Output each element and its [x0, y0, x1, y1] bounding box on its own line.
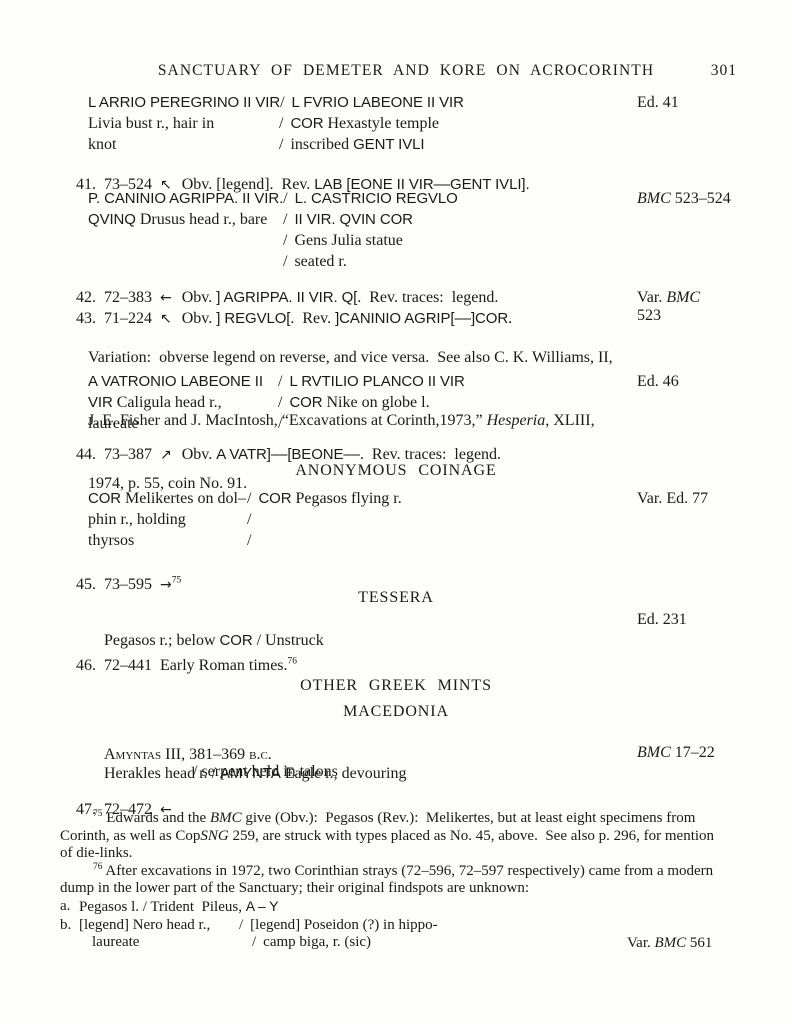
reverse-legend: II VIR. QVIN COR — [294, 211, 412, 228]
reference-numbers: 17–22 — [671, 744, 715, 761]
reverse-legend: COR — [289, 394, 322, 411]
obverse-cell — [88, 230, 283, 251]
footnote-text: After excavations in 1972, two Corinthia… — [103, 863, 714, 879]
item-label: b. — [60, 917, 79, 935]
obverse-cell: COR Melikertes on dol– — [88, 488, 247, 509]
description-line: /Gens Julia statue — [88, 230, 458, 251]
footnote-text: give (Obv.): Pegasos (Rev.): Melikertes,… — [242, 810, 696, 826]
book-page: SANCTUARY OF DEMETER AND KORE ON ACROCOR… — [0, 0, 792, 1024]
reverse-cell: COR Pegasos flying r. — [258, 488, 401, 509]
reverse-cell: COR Hexastyle temple — [290, 113, 439, 134]
reference-prefix: Var. — [627, 935, 655, 951]
slash-separator: / — [247, 509, 251, 530]
reference-ed-46: Ed. 46 — [637, 371, 679, 392]
reverse-cell: inscribed GENT IVLI — [290, 134, 424, 155]
inventory-number: 72–441 — [104, 657, 152, 674]
footnote-text: 259, are struck with types placed as No.… — [229, 828, 714, 844]
obverse-legend: A VATRONIO LABEONE II — [88, 373, 263, 390]
reference-prefix: Var. — [637, 289, 666, 306]
reverse-legend: L FVRIO LABEONE II VIR — [292, 94, 464, 111]
footnote-75-line-1: 75 Edwards and the BMC give (Obv.): Pega… — [60, 810, 752, 828]
item-label: a. — [60, 898, 79, 917]
description-line: A VATRONIO LABEONE II/L RVTILIO PLANCO I… — [88, 371, 465, 392]
obverse-cell: P. CANINIO AGRIPPA. II VIR. — [88, 188, 283, 209]
reference-bmc-17-22: BMC 17–22 — [637, 742, 715, 763]
obverse-legend: COR — [88, 490, 121, 507]
footnote-marker: 75 — [172, 576, 182, 586]
reverse-cell: L RVTILIO PLANCO II VIR — [289, 371, 464, 392]
reference-ed-231: Ed. 231 — [637, 609, 687, 630]
reverse-cell: L. CASTRICIO REGVLO — [295, 188, 458, 209]
footnote-text: Edwards and the — [103, 810, 210, 826]
slash-separator: / — [283, 209, 287, 230]
obverse-cell: VIR Caligula head r., — [88, 392, 278, 413]
section-heading-macedonia: MACEDONIA — [0, 701, 792, 722]
reference-numbers: 523–524 — [671, 190, 731, 207]
footnote-number: 75 — [93, 809, 103, 819]
slash-separator: / — [247, 530, 251, 551]
reverse-legend: GENT IVLI — [353, 136, 424, 153]
obverse-legend: VIR — [88, 394, 113, 411]
obverse-cell: [legend] Nero head r., — [79, 917, 239, 935]
slash-separator: / — [280, 92, 284, 113]
reference-source: BMC — [666, 289, 700, 306]
reference-var-bmc-561: Var. BMC 561 — [627, 933, 712, 954]
reverse-cell: II VIR. QVIN COR — [294, 209, 412, 230]
reverse-cell: Gens Julia statue — [294, 230, 402, 251]
slash-separator: / — [239, 917, 243, 935]
reference-numbers: 561 — [686, 935, 712, 951]
slash-separator: / — [247, 488, 251, 509]
reference-523: 523 — [637, 305, 661, 326]
description-line: thyrsos/ — [88, 530, 402, 551]
footnotes-block: 75 Edwards and the BMC give (Obv.): Pega… — [60, 810, 752, 952]
obverse-cell: knot — [88, 134, 279, 155]
entry-text: Early Roman times. — [160, 657, 288, 674]
description-line: L ARRIO PEREGRINO II VIR/L FVRIO LABEONE… — [88, 92, 464, 113]
slash-separator: / — [278, 392, 282, 413]
slash-separator: / — [278, 371, 282, 392]
obverse-cell: thyrsos — [88, 530, 247, 551]
reverse-text: Pegasos flying r. — [292, 490, 402, 507]
slash-separator: / — [283, 188, 287, 209]
section-heading-anonymous-coinage: ANONYMOUS COINAGE — [0, 460, 792, 481]
reverse-legend: L. CASTRICIO REGVLO — [295, 190, 458, 207]
reference-source: SNG — [200, 828, 228, 844]
footnote-text: Corinth, as well as Cop — [60, 828, 200, 844]
description-line: VIR Caligula head r.,/COR Nike on globe … — [88, 392, 465, 413]
obverse-text: Drusus head r., bare — [136, 211, 268, 228]
footnote-75-line-2: Corinth, as well as CopSNG 259, are stru… — [60, 828, 752, 846]
section-heading-other-greek-mints: OTHER GREEK MINTS — [0, 675, 792, 696]
citation-text: , XLIII, — [545, 412, 594, 429]
obverse-cell: L ARRIO PEREGRINO II VIR — [88, 92, 280, 113]
reverse-legend: COR — [258, 490, 291, 507]
slash-separator: / — [252, 934, 256, 952]
footnote-76-line-1: 76 After excavations in 1972, two Corint… — [60, 863, 752, 881]
reverse-cell: camp biga, r. (sic) — [263, 934, 371, 952]
reverse-text: inscribed — [290, 136, 353, 153]
reverse-legend: COR — [290, 115, 323, 132]
reverse-text: Hexastyle temple — [324, 115, 440, 132]
footnote-76-line-2: dump in the lower part of the Sanctuary;… — [60, 880, 752, 898]
reference-source: BMC — [637, 744, 671, 761]
entry-number: 46. — [76, 655, 104, 676]
item-text: Pegasos l. / Trident Pileus, A – Y — [79, 898, 278, 917]
variation-line-1: Variation: obverse legend on reverse, an… — [88, 347, 613, 368]
slash-separator: / — [279, 134, 283, 155]
obverse-cell: phin r., holding — [88, 509, 247, 530]
obverse-cell: laureate — [79, 934, 252, 952]
description-line: phin r., holding/ — [88, 509, 402, 530]
reference-source: BMC — [210, 810, 242, 826]
footnote-marker: 76 — [288, 657, 298, 667]
coin-description-42-43: P. CANINIO AGRIPPA. II VIR./L. CASTRICIO… — [88, 188, 458, 272]
item-label — [60, 934, 79, 952]
coin-description-41: L ARRIO PEREGRINO II VIR/L FVRIO LABEONE… — [88, 92, 464, 155]
page-number: 301 — [711, 62, 737, 80]
reference-bmc-523-524: BMC 523–524 — [637, 188, 731, 209]
reference-var-ed-77: Var. Ed. 77 — [637, 488, 708, 509]
stray-item-a: a.Pegasos l. / Trident Pileus, A – Y — [60, 898, 752, 917]
slash-separator: / — [283, 230, 287, 251]
description-line: P. CANINIO AGRIPPA. II VIR./L. CASTRICIO… — [88, 188, 458, 209]
reverse-text: Nike on globe l. — [323, 394, 430, 411]
obverse-cell: A VATRONIO LABEONE II — [88, 371, 278, 392]
macedonia-description-line-2: / serpent held in talons — [193, 761, 338, 782]
reverse-legend: L RVTILIO PLANCO II VIR — [289, 373, 464, 390]
footnote-75-line-3: of die-links. — [60, 845, 752, 863]
description-line: knot/inscribed GENT IVLI — [88, 134, 464, 155]
description-text: Pegasos l. / Trident Pileus, — [79, 899, 246, 915]
obverse-cell: QVINQ Drusus head r., bare — [88, 209, 283, 230]
obverse-legend: P. CANINIO AGRIPPA. II VIR. — [88, 190, 283, 207]
description-line: QVINQ Drusus head r., bare/II VIR. QVIN … — [88, 209, 458, 230]
obverse-cell: Livia bust r., hair in — [88, 113, 279, 134]
obverse-text: Melikertes on dol– — [121, 490, 246, 507]
legend-text: A – Y — [246, 898, 279, 914]
stray-item-b-line-1: b.[legend] Nero head r.,/[legend] Poseid… — [60, 917, 752, 935]
coin-description-45: COR Melikertes on dol–/COR Pegasos flyin… — [88, 488, 402, 551]
reverse-cell: COR Nike on globe l. — [289, 392, 429, 413]
reverse-cell: L FVRIO LABEONE II VIR — [292, 92, 464, 113]
footnote-number: 76 — [93, 862, 103, 872]
obverse-legend: L ARRIO PEREGRINO II VIR — [88, 94, 280, 111]
section-heading-tessera: TESSERA — [0, 587, 792, 608]
obverse-text: Caligula head r., — [113, 394, 222, 411]
reverse-cell: [legend] Poseidon (?) in hippo- — [250, 917, 437, 935]
reference-source: BMC — [655, 935, 687, 951]
reference-source: BMC — [637, 190, 671, 207]
reference-ed-41: Ed. 41 — [637, 92, 679, 113]
obverse-legend: QVINQ — [88, 211, 136, 228]
description-line: Livia bust r., hair in/COR Hexastyle tem… — [88, 113, 464, 134]
slash-separator: / — [279, 113, 283, 134]
page-title: SANCTUARY OF DEMETER AND KORE ON ACROCOR… — [20, 62, 792, 80]
description-line: COR Melikertes on dol–/COR Pegasos flyin… — [88, 488, 402, 509]
